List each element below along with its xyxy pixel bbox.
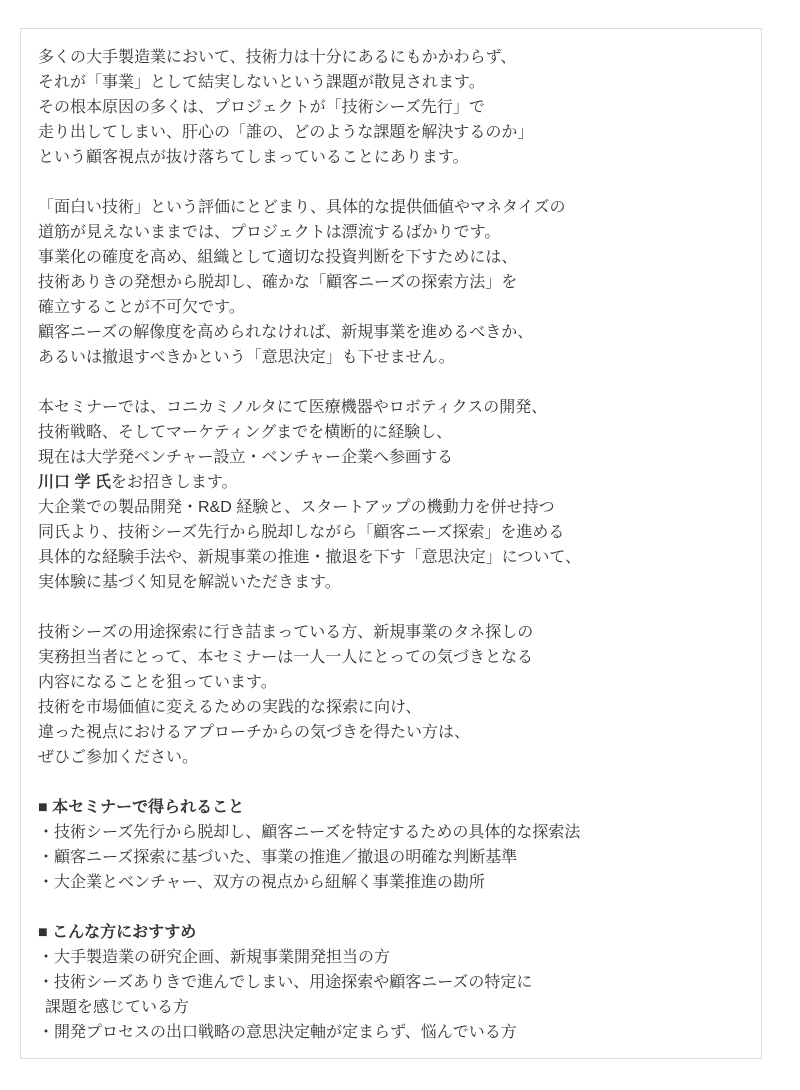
text-line: 実務担当者にとって、本セミナーは一人一人にとっての気づきとなる xyxy=(38,645,744,670)
text-line: 実体験に基づく知見を解説いただきます。 xyxy=(38,570,744,595)
text-line: 川口 学 氏をお招きします。 xyxy=(38,470,744,495)
text-segment: をお招きします。 xyxy=(111,474,238,491)
text-line: 技術戦略、そしてマーケティングまでを横断的に経験し、 xyxy=(38,420,744,445)
text-line: ・大手製造業の研究企画、新規事業開発担当の方 xyxy=(38,945,744,970)
text-line: 「面白い技術」という評価にとどまり、具体的な提供価値やマネタイズの xyxy=(38,195,744,220)
text-line: ぜひご参加ください。 xyxy=(38,745,744,770)
text-line: 技術ありきの発想から脱却し、確かな「顧客ニーズの探索方法」を xyxy=(38,270,744,295)
text-line: 走り出してしまい、肝心の「誰の、どのような課題を解決するのか」 xyxy=(38,120,744,145)
text-line: 確立することが不可欠です。 xyxy=(38,295,744,320)
text-line: 具体的な経験手法や、新規事業の推進・撤退を下す「意思決定」について、 xyxy=(38,545,744,570)
paragraph-block: 「面白い技術」という評価にとどまり、具体的な提供価値やマネタイズの道筋が見えない… xyxy=(38,195,744,370)
section-heading: ■ こんな方におすすめ xyxy=(38,920,744,945)
text-line: 顧客ニーズの解像度を高められなければ、新規事業を進めるべきか、 xyxy=(38,320,744,345)
text-line: ・技術シーズ先行から脱却し、顧客ニーズを特定するための具体的な探索法 xyxy=(38,820,744,845)
text-line: ・開発プロセスの出口戦略の意思決定軸が定まらず、悩んでいる方 xyxy=(38,1020,744,1045)
text-line: 技術を市場価値に変えるための実践的な探索に向け、 xyxy=(38,695,744,720)
text-line: 技術シーズの用途探索に行き詰まっている方、新規事業のタネ探しの xyxy=(38,620,744,645)
seminar-description-panel: 多くの大手製造業において、技術力は十分にあるにもかかわらず、それが「事業」として… xyxy=(20,28,762,1059)
text-line: 事業化の確度を高め、組織として適切な投資判断を下すためには、 xyxy=(38,245,744,270)
text-line: という顧客視点が抜け落ちてしまっていることにあります。 xyxy=(38,145,744,170)
text-line: 多くの大手製造業において、技術力は十分にあるにもかかわらず、 xyxy=(38,45,744,70)
text-line: 違った視点におけるアプローチからの気づきを得たい方は、 xyxy=(38,720,744,745)
section-block: ■ こんな方におすすめ・大手製造業の研究企画、新規事業開発担当の方・技術シーズあ… xyxy=(38,920,744,1045)
section-heading: ■ 本セミナーで得られること xyxy=(38,795,744,820)
paragraph-block: 技術シーズの用途探索に行き詰まっている方、新規事業のタネ探しの実務担当者にとって… xyxy=(38,620,744,770)
text-line: その根本原因の多くは、プロジェクトが「技術シーズ先行」で xyxy=(38,95,744,120)
paragraph-block: 本セミナーでは、コニカミノルタにて医療機器やロボティクスの開発、技術戦略、そして… xyxy=(38,395,744,595)
text-line: 課題を感じている方 xyxy=(38,995,744,1020)
text-line: 同氏より、技術シーズ先行から脱却しながら「顧客ニーズ探索」を進める xyxy=(38,520,744,545)
text-line: 本セミナーでは、コニカミノルタにて医療機器やロボティクスの開発、 xyxy=(38,395,744,420)
seminar-description: 多くの大手製造業において、技術力は十分にあるにもかかわらず、それが「事業」として… xyxy=(38,45,744,1045)
text-line: ・技術シーズありきで進んでしまい、用途探索や顧客ニーズの特定に xyxy=(38,970,744,995)
text-line: 道筋が見えないままでは、プロジェクトは漂流するばかりです。 xyxy=(38,220,744,245)
text-line: 大企業での製品開発・R&D 経験と、スタートアップの機動力を併せ持つ xyxy=(38,495,744,520)
paragraph-block: 多くの大手製造業において、技術力は十分にあるにもかかわらず、それが「事業」として… xyxy=(38,45,744,170)
text-line: ・大企業とベンチャー、双方の視点から紐解く事業推進の勘所 xyxy=(38,870,744,895)
text-line: 現在は大学発ベンチャー設立・ベンチャー企業へ参画する xyxy=(38,445,744,470)
text-line: 内容になることを狙っています。 xyxy=(38,670,744,695)
text-line: それが「事業」として結実しないという課題が散見されます。 xyxy=(38,70,744,95)
text-line: ・顧客ニーズ探索に基づいた、事業の推進／撤退の明確な判断基準 xyxy=(38,845,744,870)
text-line: あるいは撤退すべきかという「意思決定」も下せません。 xyxy=(38,345,744,370)
section-block: ■ 本セミナーで得られること・技術シーズ先行から脱却し、顧客ニーズを特定するため… xyxy=(38,795,744,895)
speaker-name: 川口 学 氏 xyxy=(38,474,111,491)
